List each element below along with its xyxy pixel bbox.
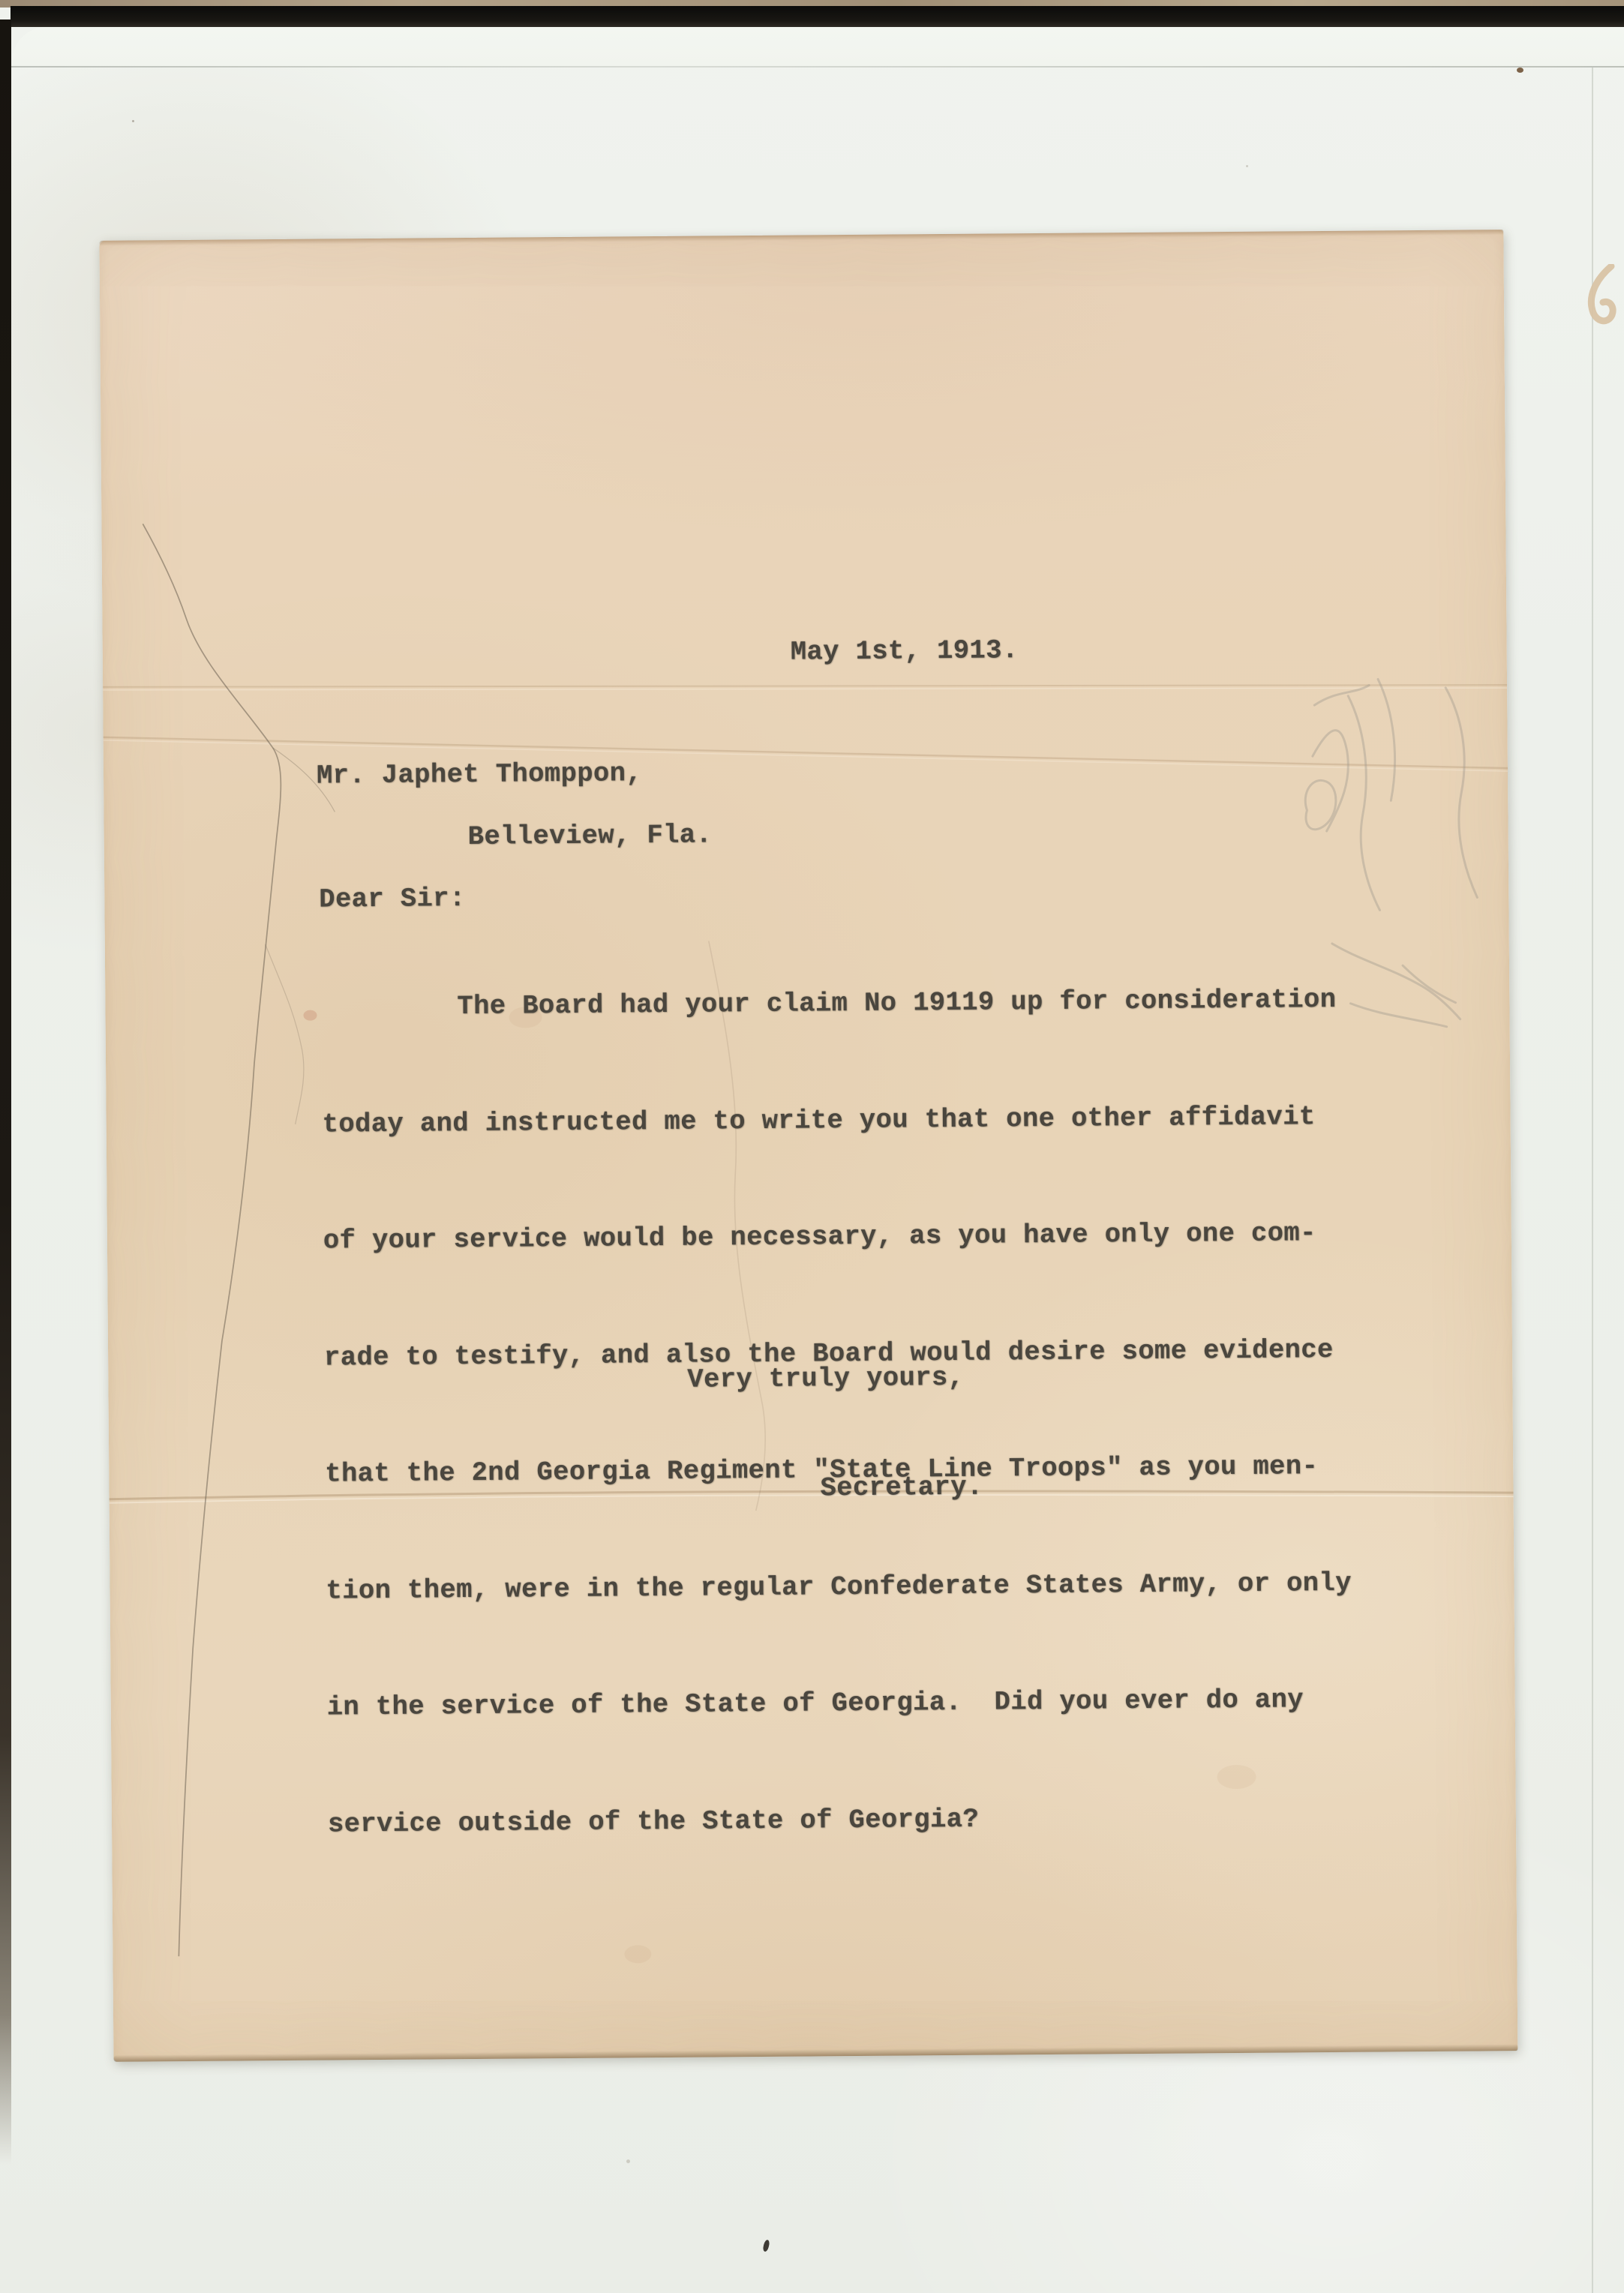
scan-black-band: [11, 6, 1624, 27]
recipient-address: Belleview, Fla.: [468, 819, 713, 852]
body-line: today and instructed me to write you tha…: [322, 1099, 1348, 1162]
body-line: of your service would be necessary, as y…: [323, 1216, 1349, 1279]
dirt-speck: [1517, 68, 1523, 73]
letter-date: May 1st, 1913.: [791, 635, 1019, 667]
scanner-mat-top: [12, 27, 1624, 66]
dust-specks: [132, 120, 134, 122]
stray-ink-mark: [762, 2239, 770, 2252]
salutation: Dear Sir:: [319, 883, 466, 915]
body-line: tion them, were in the regular Confedera…: [326, 1565, 1352, 1628]
body-line: The Board had your claim No 19119 up for…: [321, 983, 1347, 1046]
paper-curl-fragment: [1583, 264, 1622, 333]
scanner-mat-seam-line: [11, 66, 1624, 68]
body-line: in the service of the State of Georgia. …: [327, 1682, 1353, 1745]
letter-closing: Very truly yours,: [687, 1362, 964, 1395]
recipient-name: Mr. Japhet Thomppon,: [317, 758, 642, 791]
scanner-mat-right-seam: [1592, 68, 1593, 2293]
scan-left-edge-strip: [0, 20, 11, 2165]
scanned-letter-photocopy: May 1st, 1913. Mr. Japhet Thomppon, Bell…: [0, 0, 1624, 2293]
letter-paper: May 1st, 1913. Mr. Japhet Thomppon, Bell…: [99, 230, 1517, 2062]
letter-body: The Board had your claim No 19119 up for…: [321, 921, 1355, 1924]
body-line: service outside of the State of Georgia?: [328, 1799, 1354, 1862]
signature-title: Secretary.: [820, 1472, 983, 1504]
